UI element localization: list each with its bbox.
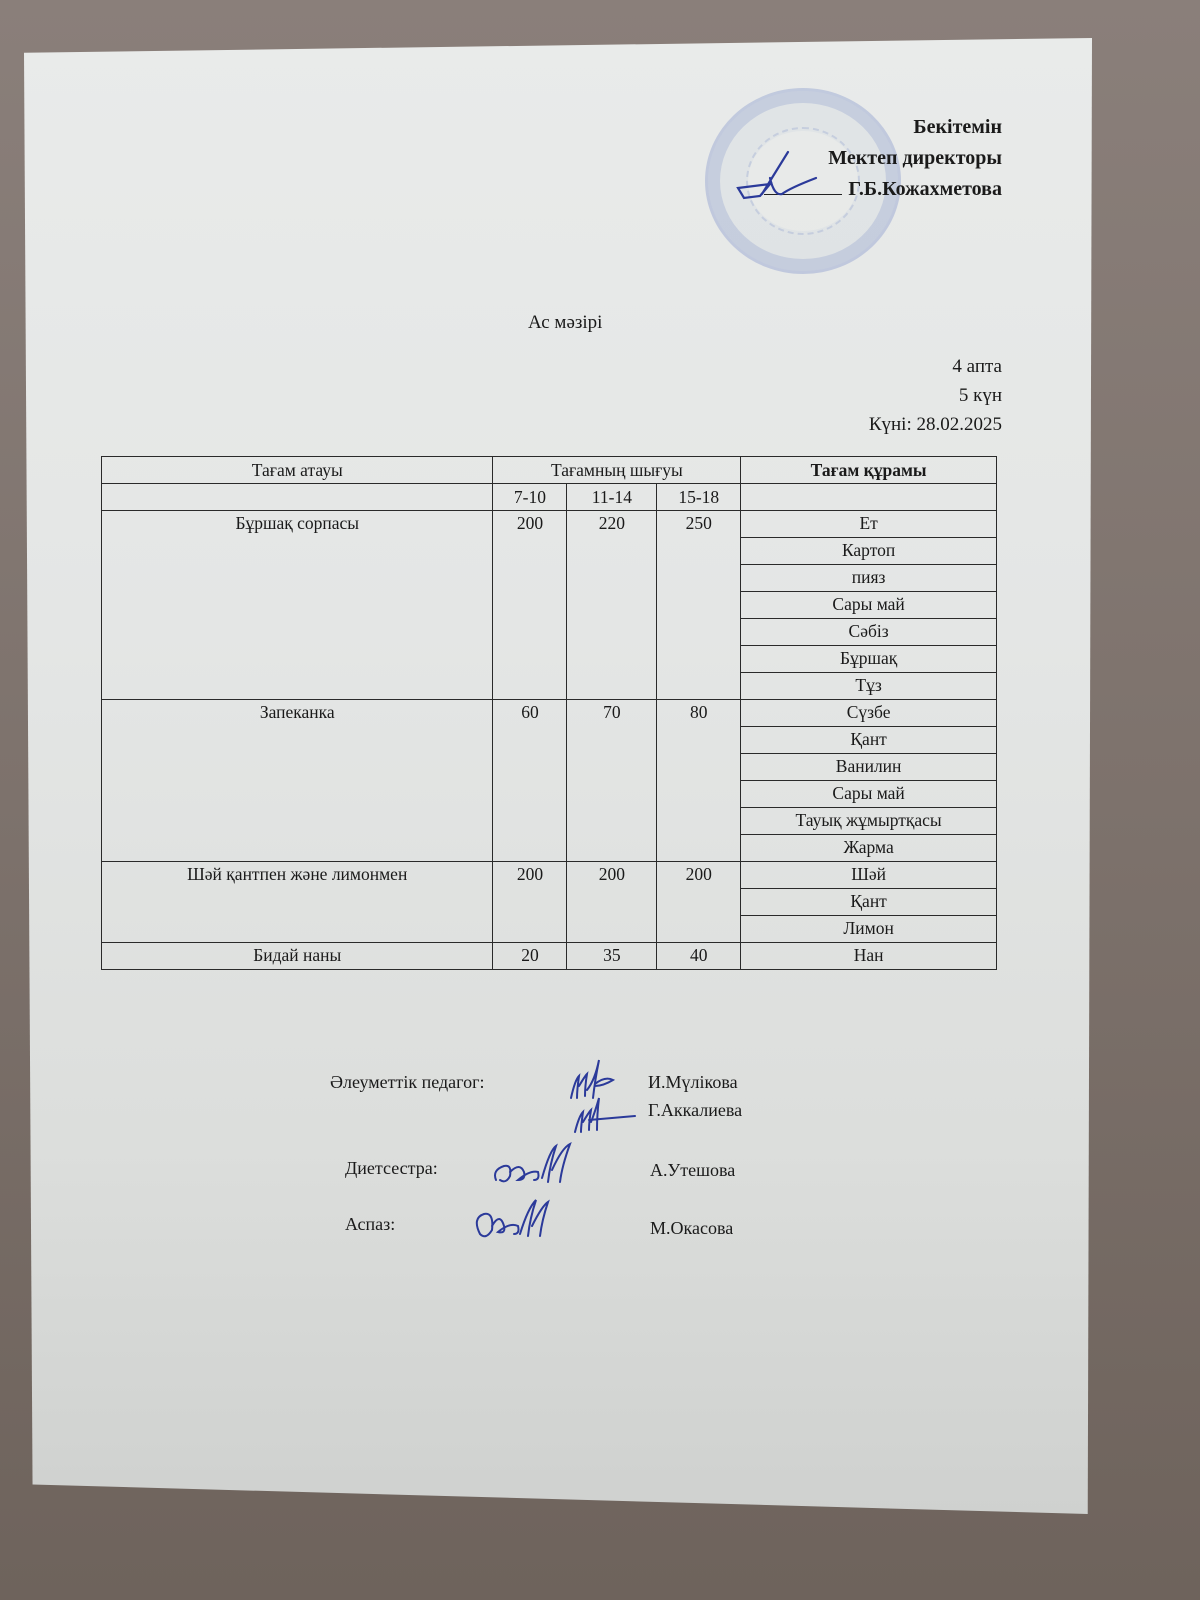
date-label: Күні: 28.02.2025 (869, 410, 1002, 439)
dish-name: Бұршақ сорпасы (102, 511, 493, 700)
header-age-group: 7-10 (493, 484, 567, 511)
header-empty (741, 484, 997, 511)
portion-value: 200 (493, 511, 567, 700)
header-empty (102, 484, 493, 511)
portion-value: 250 (657, 511, 741, 700)
signer-name: А.Утешова (650, 1160, 735, 1181)
ingredient: Сары май (741, 781, 997, 808)
ingredient: пияз (741, 565, 997, 592)
approval-block: Бекітемін Мектеп директоры Г.Б.Кожахмето… (764, 112, 1002, 205)
portion-value: 200 (657, 862, 741, 943)
portion-value: 40 (657, 943, 741, 970)
approval-label: Бекітемін (764, 112, 1002, 143)
ingredient: Сүзбе (741, 700, 997, 727)
ingredient: Сары май (741, 592, 997, 619)
approval-director-name: Г.Б.Кожахметова (848, 178, 1002, 200)
portion-value: 20 (493, 943, 567, 970)
table-row: Шәй қантпен және лимонмен200200200Шәй (102, 862, 997, 889)
document-meta: 4 апта 5 күн Күні: 28.02.2025 (869, 352, 1002, 439)
day-label: 5 күн (869, 381, 1002, 410)
portion-value: 80 (657, 700, 741, 862)
ingredient: Қант (741, 889, 997, 916)
signer-name: Г.Аккалиева (648, 1100, 742, 1121)
ingredient: Лимон (741, 916, 997, 943)
header-age-group: 11-14 (567, 484, 657, 511)
table-header-row: Тағам атауы Тағамның шығуы Тағам құрамы (102, 457, 997, 484)
dish-name: Шәй қантпен және лимонмен (102, 862, 493, 943)
ingredient: Тұз (741, 673, 997, 700)
portion-value: 200 (567, 862, 657, 943)
table-row: Запеканка607080Сүзбе (102, 700, 997, 727)
portion-value: 200 (493, 862, 567, 943)
table-row: Бидай наны203540Нан (102, 943, 997, 970)
portion-value: 35 (567, 943, 657, 970)
header-output: Тағамның шығуы (493, 457, 741, 484)
header-dish-name: Тағам атауы (102, 457, 493, 484)
approval-position: Мектеп директоры (764, 143, 1002, 174)
table-row: Бұршақ сорпасы200220250Ет (102, 511, 997, 538)
ingredient: Қант (741, 727, 997, 754)
week-label: 4 апта (869, 352, 1002, 381)
document-title: Ас мәзірі (528, 312, 602, 334)
table-subheader-row: 7-10 11-14 15-18 (102, 484, 997, 511)
dish-name: Запеканка (102, 700, 493, 862)
signature-line (764, 194, 842, 195)
portion-value: 70 (567, 700, 657, 862)
header-composition: Тағам құрамы (741, 457, 997, 484)
ingredient: Жарма (741, 835, 997, 862)
signer-name: М.Окасова (650, 1218, 733, 1239)
signer-role: Аспаз: (345, 1214, 395, 1235)
menu-table: Тағам атауы Тағамның шығуы Тағам құрамы … (101, 456, 997, 970)
ingredient: Шәй (741, 862, 997, 889)
ingredient: Тауық жұмыртқасы (741, 808, 997, 835)
ingredient: Сәбіз (741, 619, 997, 646)
portion-value: 220 (567, 511, 657, 700)
ingredient: Ет (741, 511, 997, 538)
ingredient: Картоп (741, 538, 997, 565)
portion-value: 60 (493, 700, 567, 862)
dish-name: Бидай наны (102, 943, 493, 970)
ingredient: Ванилин (741, 754, 997, 781)
signer-role: Диетсестра: (345, 1158, 438, 1179)
ingredient: Бұршақ (741, 646, 997, 673)
header-age-group: 15-18 (657, 484, 741, 511)
signer-name: И.Мүлікова (648, 1072, 738, 1093)
ingredient: Нан (741, 943, 997, 970)
signer-role: Әлеуметтік педагог: (330, 1072, 485, 1093)
